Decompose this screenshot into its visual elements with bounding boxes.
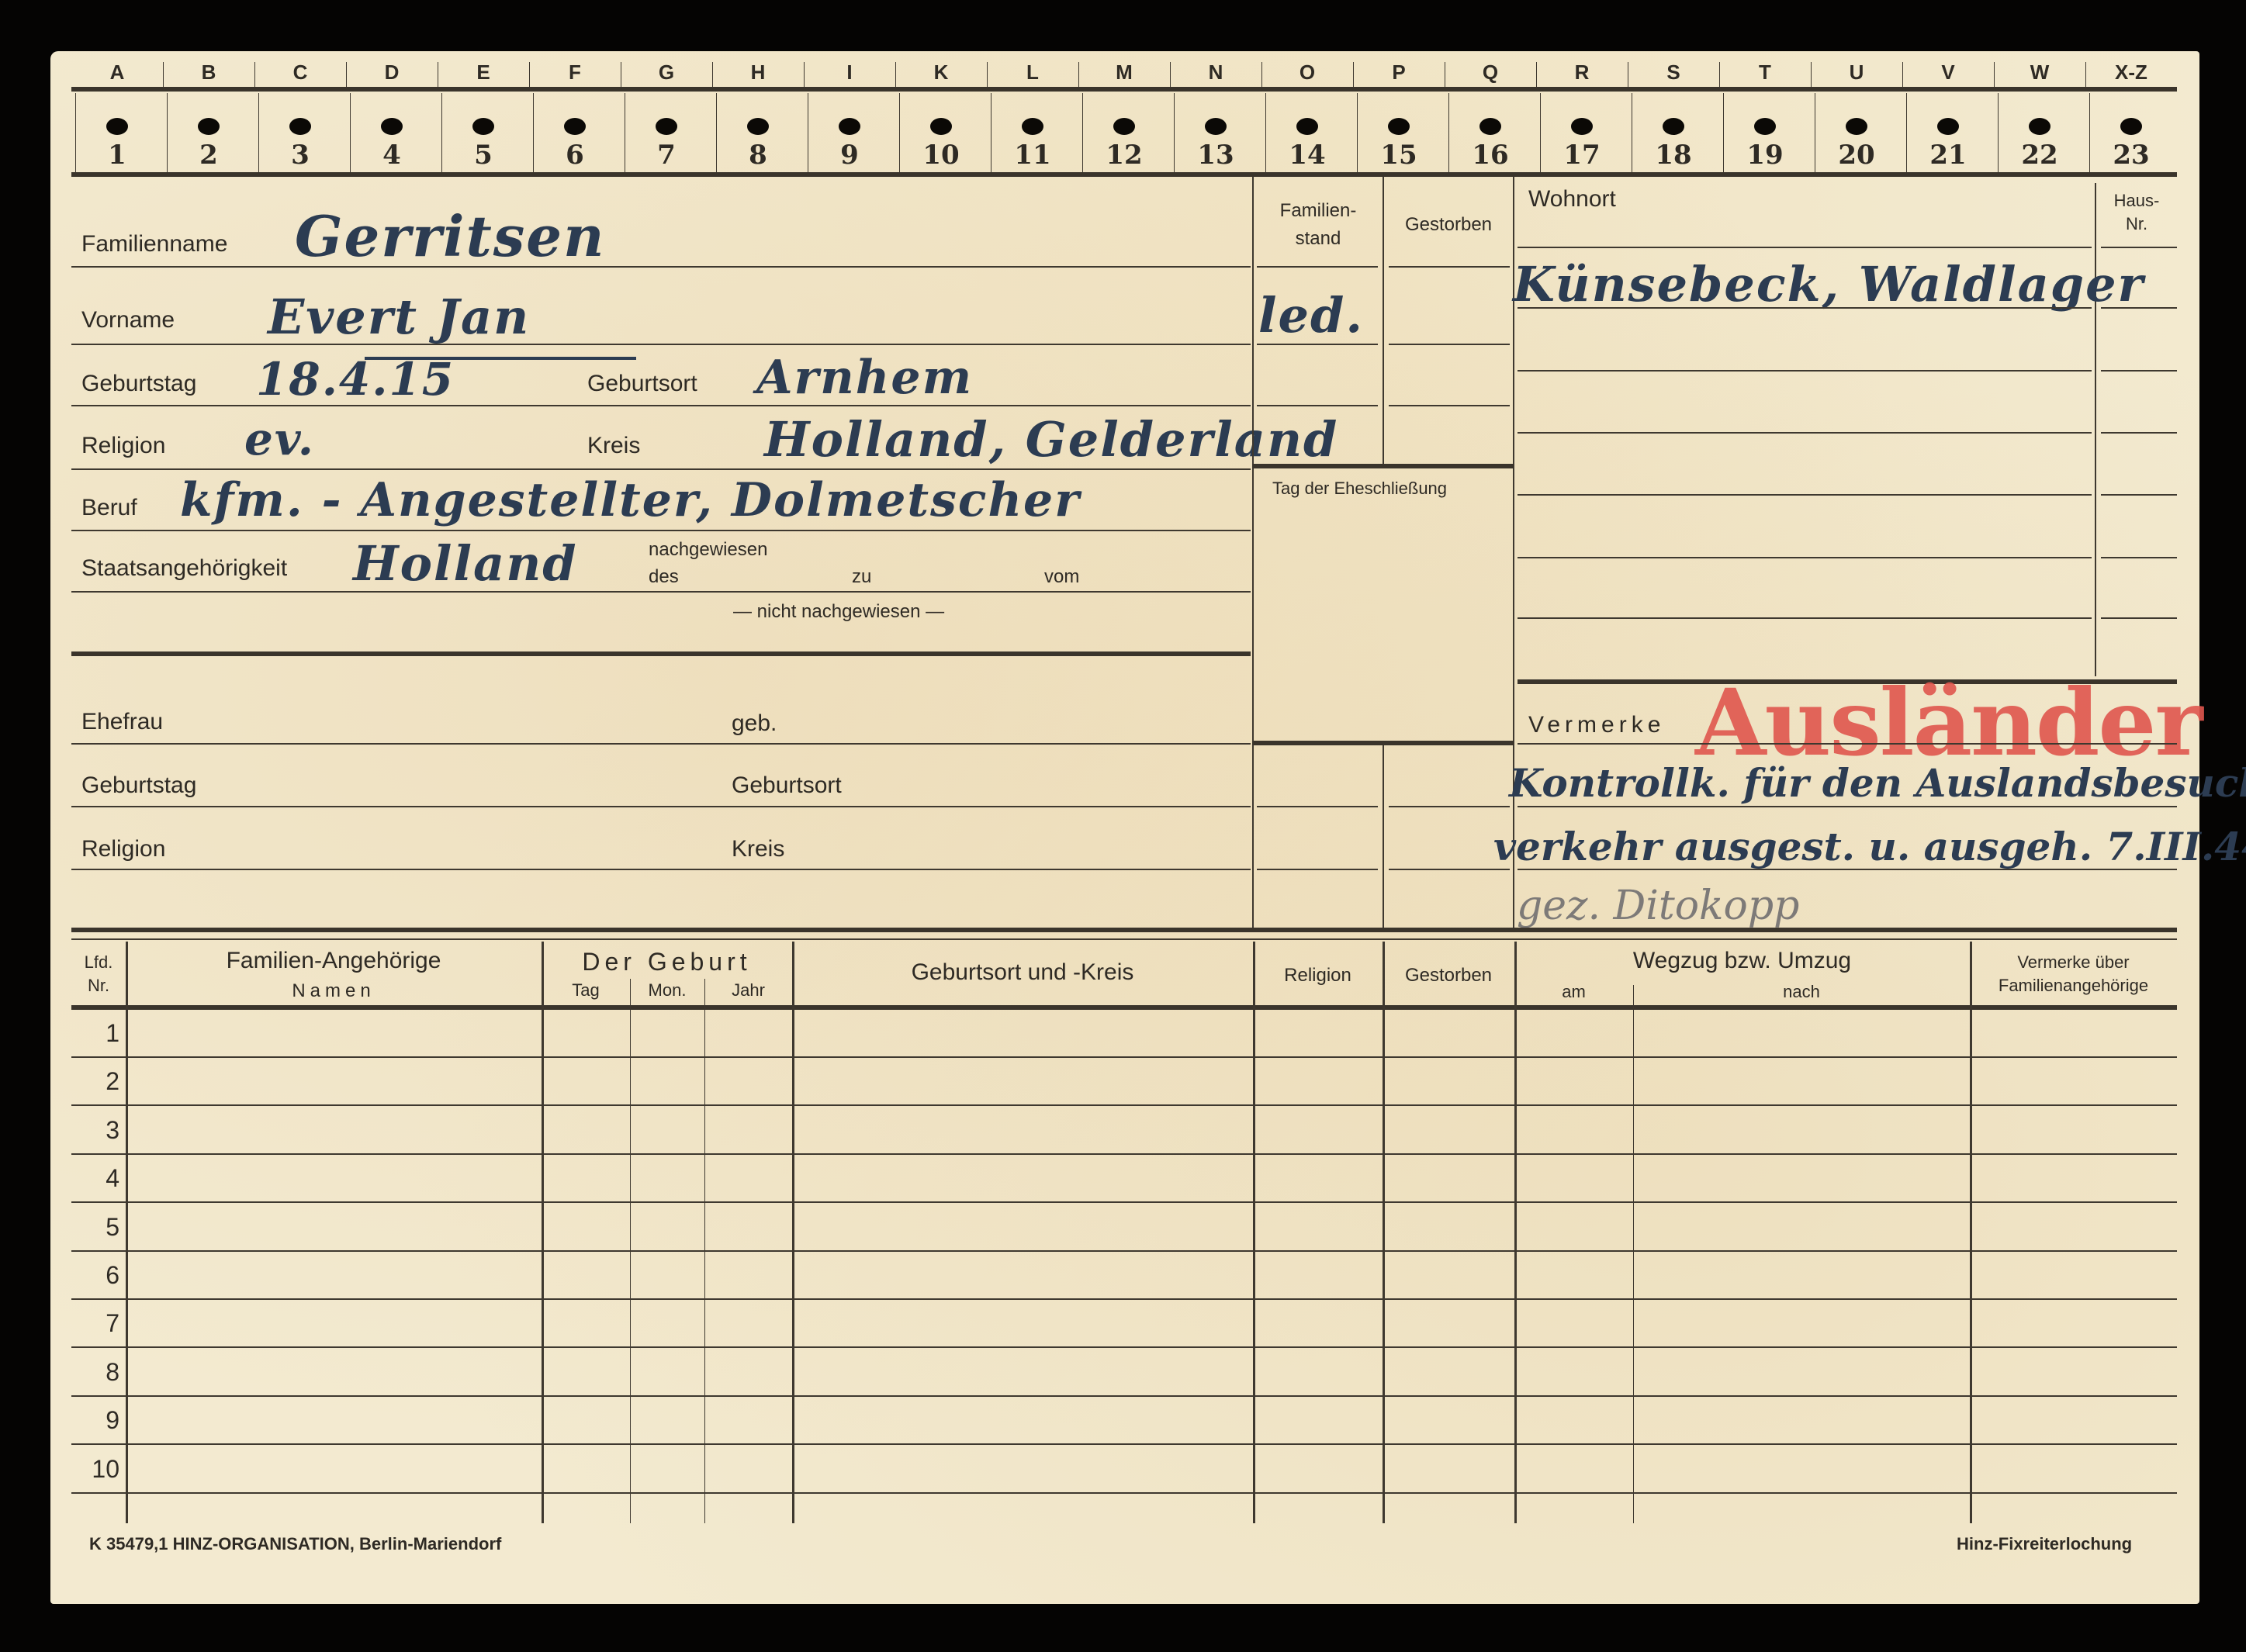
geburtstag-label: Geburtstag [81,371,196,397]
index-number: 22 [1994,140,2085,171]
strip-divider [991,93,991,172]
punch-hole-icon [2120,118,2142,135]
punch-hole-icon [1296,118,1318,135]
remarks-line-2[interactable]: verkehr ausgest. u. ausgeh. 7.III.44 [1493,824,2246,869]
religion-value[interactable]: ev. [244,413,315,465]
strip-divider [716,93,717,172]
familienname-value[interactable]: Gerritsen [295,203,605,269]
index-letter: P [1353,60,1445,85]
punch-hole-icon [839,118,860,135]
rule [2101,370,2177,372]
strip-tick [346,62,347,87]
table-row[interactable] [71,1107,2177,1155]
index-number: 9 [804,140,895,171]
rule [1389,806,1510,807]
rule [1518,557,2092,558]
strip-tick [1536,62,1537,87]
index-letter: L [987,60,1078,85]
index-letter: N [1170,60,1261,85]
table-row[interactable] [71,1058,2177,1106]
index-letter: A [71,60,163,85]
th-am: am [1514,982,1633,1002]
punch-hole-icon [2029,118,2050,135]
col-divider [1252,177,1254,931]
row-number: 5 [71,1213,119,1242]
strip-tick [1719,62,1720,87]
kreis-label: Kreis [587,433,640,459]
table-row[interactable] [71,1204,2177,1252]
nachgewiesen-label: nachgewiesen [649,539,767,561]
strip-divider [625,93,625,172]
th-der-geburt: Der Geburt [542,948,792,976]
col-divider [1383,743,1384,931]
index-letter: Q [1445,60,1536,85]
th-nach: nach [1633,982,1970,1002]
nicht-nachgewiesen-label: — nicht nachgewiesen — [733,601,944,623]
rule [1257,405,1378,406]
punch-hole-icon [1754,118,1776,135]
th-nr: Nr. [71,976,126,996]
index-number: 13 [1170,140,1261,171]
index-letter: G [621,60,712,85]
strip-tick [1902,62,1903,87]
punch-hole-icon [564,118,586,135]
index-letter: U [1811,60,1902,85]
strip-tick [987,62,988,87]
th-familienangehoerige: Familienangehörige [1970,976,2177,996]
rule [71,266,1251,268]
vom-label: vom [1044,566,1079,588]
index-number: 3 [254,140,346,171]
strip-divider [1357,93,1358,172]
rule [1257,806,1378,807]
punch-hole-icon [1388,118,1410,135]
ehefrau-label: Ehefrau [81,709,163,735]
table-row[interactable] [71,1349,2177,1397]
punch-hole-icon [289,118,311,135]
strip-tick [1353,62,1354,87]
th-religion: Religion [1253,965,1383,987]
section-divider [71,651,1251,656]
strip-tick [621,62,621,87]
rule [2101,432,2177,434]
rule [2101,617,2177,619]
strip-tick [1628,62,1628,87]
index-letter: T [1719,60,1811,85]
rule [1518,617,2092,619]
strip-divider [350,93,351,172]
familienstand-value[interactable]: led. [1258,287,1364,344]
strip-divider [1723,93,1724,172]
index-letter: H [712,60,804,85]
table-row[interactable] [71,1010,2177,1058]
system-imprint: Hinz-Fixreiterlochung [1957,1534,2132,1554]
th-gestorben: Gestorben [1383,965,1514,987]
index-number: 1 [71,140,163,171]
beruf-value[interactable]: kfm. - Angestellter, Dolmetscher [180,473,1081,527]
strip-tick [1445,62,1445,87]
strip-tick [2085,62,2086,87]
punch-hole-icon [1022,118,1043,135]
staatsangehoerigkeit-label: Staatsangehörigkeit [81,555,287,582]
rule [71,344,1251,345]
th-lfd: Lfd. [71,952,126,973]
strip-divider [1998,93,1999,172]
spouse-kreis-label: Kreis [732,836,784,862]
geburtstag-value[interactable]: 18.4.15 [256,353,455,406]
index-number: 17 [1536,140,1628,171]
rule [1518,743,2177,745]
spouse-geburtstag-label: Geburtstag [81,772,196,799]
index-letter: K [895,60,987,85]
row-number: 1 [71,1019,119,1048]
index-letter: B [163,60,254,85]
index-letter: V [1902,60,1994,85]
hausnr-label: Haus- [2096,191,2177,211]
th-angehoerige: Familien-Angehörige [126,948,542,974]
punch-hole-icon [1571,118,1593,135]
rule [1252,464,1514,468]
table-divider-top [71,928,2177,932]
punch-hole-icon [1113,118,1135,135]
rule [1389,344,1510,345]
index-letter: D [346,60,438,85]
rule [1389,266,1510,268]
punch-hole-icon [198,118,220,135]
punch-hole-icon [1205,118,1227,135]
index-letter: E [438,60,529,85]
strip-tick [1078,62,1079,87]
punch-hole-icon [381,118,403,135]
strip-divider [75,93,76,172]
des-label: des [649,566,679,588]
rule [71,869,1251,870]
rule [1257,869,1378,870]
strip-divider [808,93,808,172]
punch-hole-icon [106,118,128,135]
th-jahr: Jahr [704,980,792,1001]
rule [71,591,1251,593]
index-letter: O [1261,60,1353,85]
strip-tick [1261,62,1262,87]
strip-divider [1174,93,1175,172]
index-number: 8 [712,140,804,171]
strip-tick [529,62,530,87]
row-number: 4 [71,1164,119,1193]
table-row[interactable] [71,1252,2177,1300]
th-vermerke: Vermerke über [1970,952,2177,973]
index-letter: M [1078,60,1170,85]
index-number: 4 [346,140,438,171]
index-letter: X-Z [2085,60,2177,85]
strip-tick [1994,62,1995,87]
wohnort-label: Wohnort [1528,186,1616,213]
th-tag: Tag [542,980,630,1001]
rule [2101,247,2177,248]
strip-tick [163,62,164,87]
strip-tick [254,62,255,87]
gestorben-label: Gestorben [1384,214,1513,236]
row-number: 6 [71,1261,119,1290]
index-number: 11 [987,140,1078,171]
rule [1257,344,1378,345]
strip-divider [1540,93,1541,172]
rule [2101,557,2177,558]
index-number: 7 [621,140,712,171]
th-geburtsort-kreis: Geburtsort und -Kreis [792,959,1253,986]
index-number: 23 [2085,140,2177,171]
strip-divider [2089,93,2090,172]
strip-divider [1906,93,1907,172]
punch-hole-icon [930,118,952,135]
table-row[interactable] [71,1397,2177,1445]
strip-divider [1082,93,1083,172]
strip-tick [804,62,805,87]
geburtsort-label: Geburtsort [587,371,697,397]
index-number: 21 [1902,140,1994,171]
rule [1389,405,1510,406]
index-number: 5 [438,140,529,171]
row-number: 8 [71,1358,119,1387]
rule [71,743,1251,745]
rule [1518,247,2092,248]
strip-divider [1448,93,1449,172]
index-number: 10 [895,140,987,171]
index-letter: I [804,60,895,85]
row-number: 9 [71,1406,119,1435]
table-row[interactable] [71,1155,2177,1203]
index-letter: S [1628,60,1719,85]
strip-divider [1265,93,1266,172]
rule [1518,307,2092,309]
th-wegzug: Wegzug bzw. Umzug [1514,948,1970,974]
signature: gez. Ditokopp [1517,883,1799,929]
index-number: 16 [1445,140,1536,171]
rule [1518,494,2092,496]
geb-label: geb. [732,710,777,737]
rule [71,405,1251,406]
rule [1518,432,2092,434]
row-number: 10 [71,1455,119,1484]
index-letter: R [1536,60,1628,85]
index-number: 6 [529,140,621,171]
rule [2101,494,2177,496]
spouse-geburtsort-label: Geburtsort [732,772,842,799]
strip-divider [1632,93,1632,172]
index-letter: W [1994,60,2085,85]
punch-hole-icon [1663,118,1684,135]
punch-hole-icon [747,118,769,135]
geburtsort-value[interactable]: Arnhem [756,351,973,405]
printer-imprint: K 35479,1 HINZ-ORGANISATION, Berlin-Mari… [89,1534,501,1554]
strip-divider [258,93,259,172]
remarks-line-1[interactable]: Kontrollk. für den Auslandsbesuchs- [1509,760,2246,806]
strip-divider-bottom [71,172,2177,177]
eheschliessung-label: Tag der Eheschließung [1272,479,1447,499]
strip-divider [441,93,442,172]
vorname-value[interactable]: Evert Jan [268,289,530,345]
punch-hole-icon [1937,118,1959,135]
vermerke-label: Vermerke [1528,712,1665,738]
table-row[interactable] [71,1300,2177,1348]
strip-divider [167,93,168,172]
index-letter: F [529,60,621,85]
familienstand-label: Familien- [1254,200,1383,222]
row-number: 2 [71,1067,119,1096]
rule [1518,370,2092,372]
strip-tick [438,62,438,87]
strip-divider [899,93,900,172]
zu-label: zu [852,566,871,588]
index-number: 15 [1353,140,1445,171]
rule [71,530,1251,531]
table-divider-thin [71,938,2177,940]
row-number: 3 [71,1116,119,1145]
row-rule [71,1492,2177,1494]
strip-divider-top [71,87,2177,92]
index-letter: C [254,60,346,85]
rule [1257,266,1378,268]
index-number: 2 [163,140,254,171]
punch-hole-icon [1479,118,1501,135]
strip-divider [533,93,534,172]
rule [1518,806,2177,807]
strip-divider [1815,93,1815,172]
strip-tick [712,62,713,87]
familienname-label: Familienname [81,231,227,257]
rule [1518,869,2177,870]
strip-tick [895,62,896,87]
th-mon: Mon. [630,980,704,1001]
hausnr-label-2: Nr. [2096,214,2177,234]
index-number: 20 [1811,140,1902,171]
religion-label: Religion [81,433,165,459]
wohnort-value[interactable]: Künsebeck, Waldlager [1513,256,2144,313]
punch-hole-icon [1846,118,1867,135]
rule [71,468,1251,470]
strip-tick [1170,62,1171,87]
rule [2101,307,2177,309]
punch-hole-icon [656,118,677,135]
staatsangehoerigkeit-value[interactable]: Holland [353,535,578,592]
index-number: 14 [1261,140,1353,171]
punch-hole-icon [472,118,494,135]
index-number: 19 [1719,140,1811,171]
spouse-religion-label: Religion [81,836,165,862]
rule [71,806,1251,807]
index-number: 12 [1078,140,1170,171]
beruf-label: Beruf [81,495,137,521]
row-number: 7 [71,1309,119,1338]
th-namen: Namen [126,980,542,1002]
rule [1389,869,1510,870]
index-number: 18 [1628,140,1719,171]
table-row[interactable] [71,1446,2177,1494]
strip-tick [1811,62,1812,87]
rule [1252,741,1514,745]
vorname-label: Vorname [81,307,175,334]
familienstand-label-2: stand [1254,228,1383,250]
